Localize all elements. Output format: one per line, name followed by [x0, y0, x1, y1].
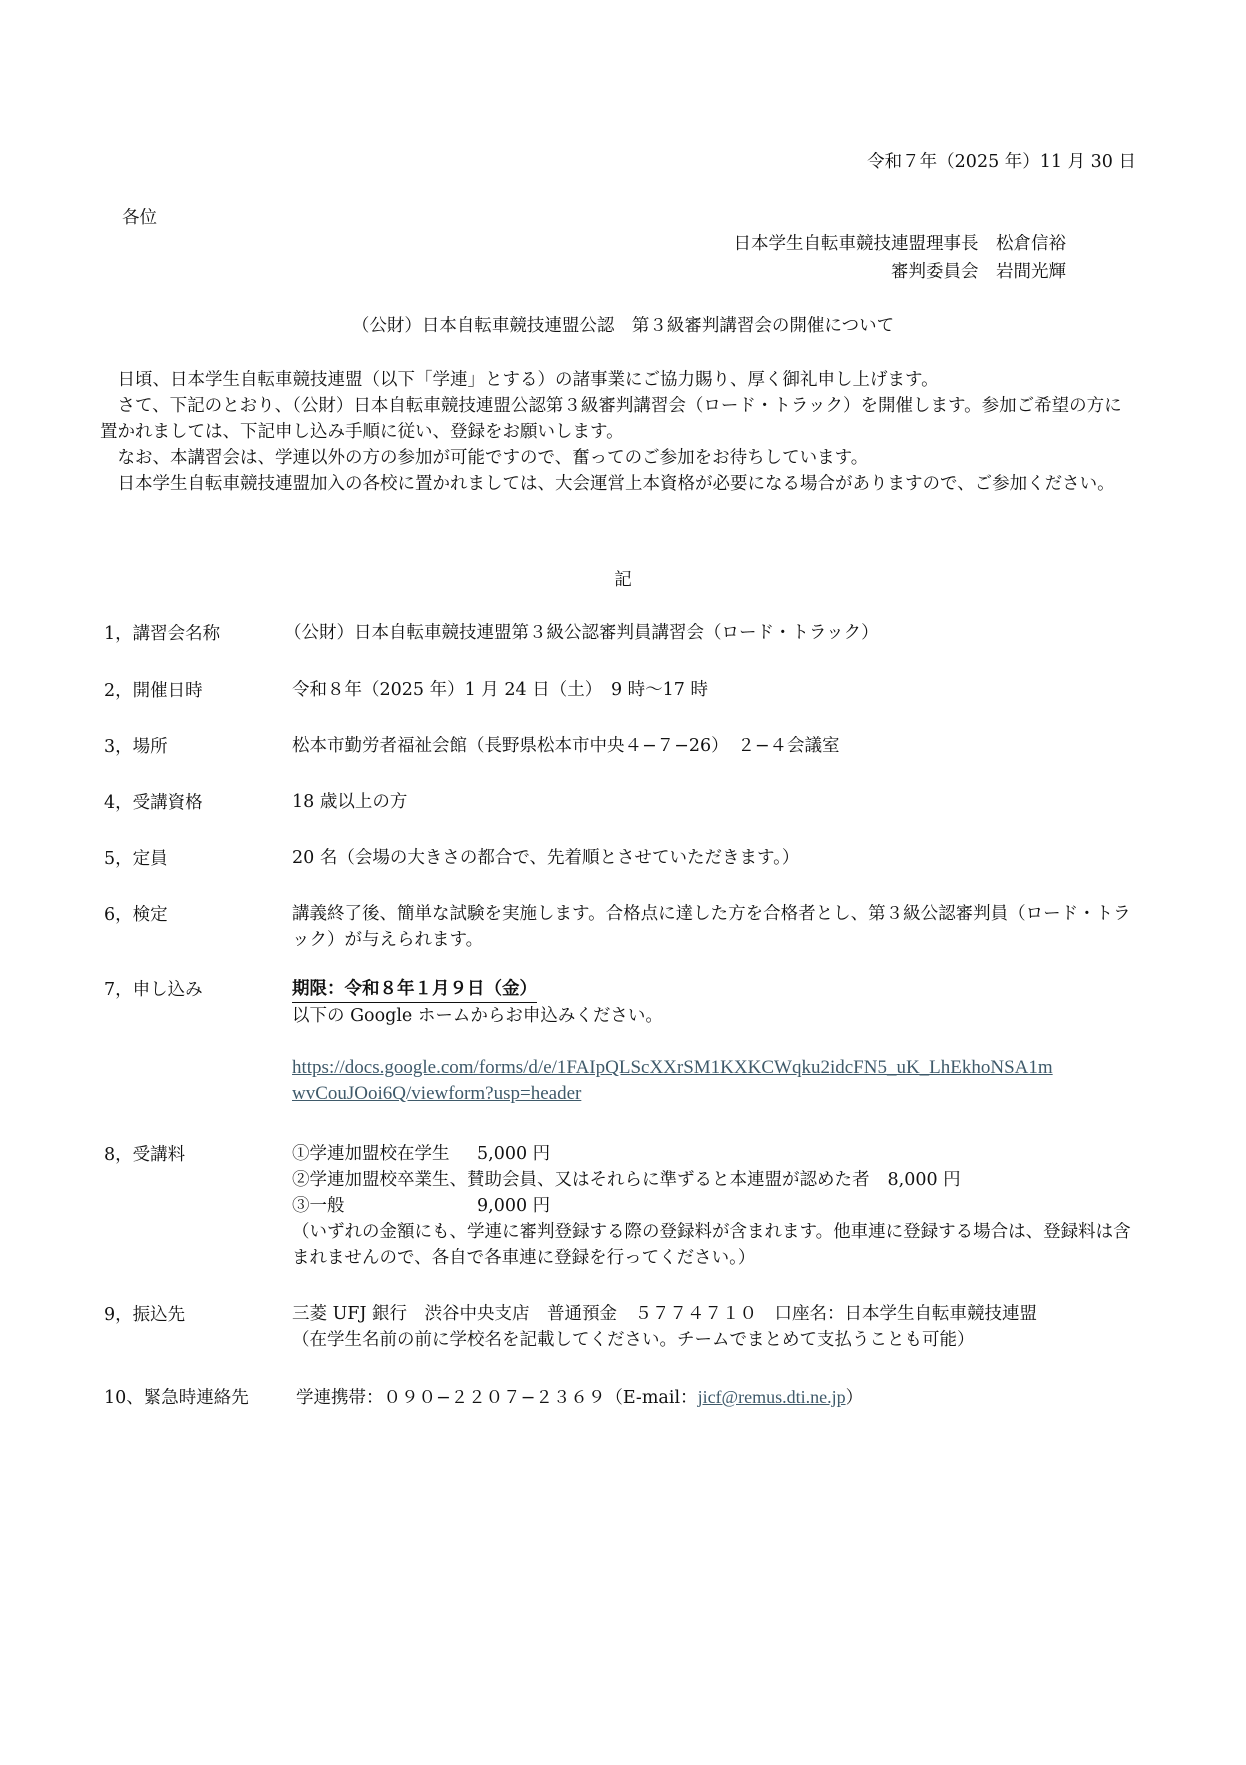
ki-heading: 記: [0, 566, 1246, 591]
body-paragraph-invitation: なお、本講習会は、学連以外の方の参加が可能ですので、奮ってのご参加をお待ちしてい…: [100, 445, 1130, 471]
item-value: 松本市勤労者福祉会館（長野県松本市中央４−７−26） ２−４会議室: [292, 733, 1132, 759]
fee-row-general: ③一般9,000 円: [292, 1193, 1132, 1219]
fee-amount: 8,000 円: [888, 1167, 961, 1193]
contact-suffix: ）: [846, 1388, 864, 1408]
item-label: 10、緊急時連絡先: [104, 1384, 249, 1409]
fee-amount: 9,000 円: [477, 1193, 550, 1219]
item-value: 三菱 UFJ 銀行 渋谷中央支店 普通預金 ５７７４７１０ 口座名：日本学生自転…: [292, 1301, 1132, 1353]
body-paragraph-announcement: さて、下記のとおり、（公財）日本自転車競技連盟公認第３級審判講習会（ロード・トラ…: [100, 393, 1130, 445]
item-value: 学連携帯：０９０−２２０７−２３６９（E-mail：jicf@remus.dti…: [296, 1384, 1136, 1411]
item-value: 18 歳以上の方: [292, 789, 1132, 815]
item-label: 7，申し込み: [104, 976, 203, 1001]
fee-name: ③一般: [292, 1193, 477, 1219]
item-label: 3，場所: [104, 733, 168, 758]
bank-account: 三菱 UFJ 銀行 渋谷中央支店 普通預金 ５７７４７１０ 口座名：日本学生自転…: [292, 1301, 1132, 1327]
item-label: 4，受講資格: [104, 789, 203, 814]
item-value: ①学連加盟校在学生5,000 円 ②学連加盟校卒業生、賛助会員、又はそれらに準ず…: [292, 1141, 1132, 1271]
item-label: 9，振込先: [104, 1301, 185, 1326]
sender-chairman: 日本学生自転車競技連盟理事長 松倉信裕: [734, 230, 1067, 255]
fee-name: ②学連加盟校卒業生、賛助会員、又はそれらに準ずると本連盟が認めた者: [292, 1167, 870, 1193]
item-value: 期限：令和８年１月９日（金） 以下の Google ホームからお申込みください。…: [292, 976, 1132, 1107]
bank-note: （在学生名前の前に学校名を記載してください。チームでまとめて支払うことも可能）: [292, 1327, 1132, 1353]
body-paragraph-greeting: 日頃、日本学生自転車競技連盟（以下「学連」とする）の諸事業にご協力賜り、厚く御礼…: [100, 367, 1130, 393]
fee-row-alumni: ②学連加盟校卒業生、賛助会員、又はそれらに準ずると本連盟が認めた者8,000 円: [292, 1167, 1132, 1193]
fee-amount: 5,000 円: [477, 1141, 550, 1167]
sender-committee: 審判委員会 岩間光輝: [891, 258, 1066, 283]
item-label: 1，講習会名称: [104, 620, 220, 645]
item-label: 5，定員: [104, 845, 168, 870]
item-label: 6，検定: [104, 901, 168, 926]
google-form-link-line2[interactable]: wvCouJOoi6Q/viewform?usp=header: [292, 1081, 1132, 1107]
contact-phone: 学連携帯：０９０−２２０７−２３６９（E-mail：: [296, 1388, 698, 1408]
item-value: 講義終了後、簡単な試験を実施します。合格点に達した方を合格者とし、第３級公認審判…: [292, 901, 1132, 953]
application-deadline: 期限：令和８年１月９日（金）: [292, 977, 537, 1003]
item-label: 8，受講料: [104, 1141, 185, 1166]
document-date: 令和７年（2025 年）11 月 30 日: [867, 148, 1136, 173]
fee-note: （いずれの金額にも、学連に審判登録する際の登録料が含まれます。他車連に登録する場…: [292, 1219, 1132, 1271]
item-value: 20 名（会場の大きさの都合で、先着順とさせていただきます。）: [292, 845, 1132, 871]
item-value: 令和８年（2025 年）1 月 24 日（土） 9 時〜17 時: [292, 677, 1132, 703]
body-paragraph-member-schools: 日本学生自転車競技連盟加入の各校に置かれましては、大会運営上本資格が必要になる場…: [100, 471, 1130, 497]
google-form-link-line1[interactable]: https://docs.google.com/forms/d/e/1FAIpQ…: [292, 1055, 1132, 1081]
fee-name: ①学連加盟校在学生: [292, 1141, 477, 1167]
item-value: （公財）日本自転車競技連盟第３級公認審判員講習会（ロード・トラック）: [284, 620, 1124, 646]
contact-email-link[interactable]: jicf@remus.dti.ne.jp: [698, 1387, 846, 1407]
addressee: 各位: [122, 204, 157, 229]
item-label: 2，開催日時: [104, 677, 203, 702]
application-instruction: 以下の Google ホームからお申込みください。: [292, 1003, 1132, 1029]
fee-row-student: ①学連加盟校在学生5,000 円: [292, 1141, 1132, 1167]
document-title: （公財）日本自転車競技連盟公認 第３級審判講習会の開催について: [0, 312, 1246, 337]
